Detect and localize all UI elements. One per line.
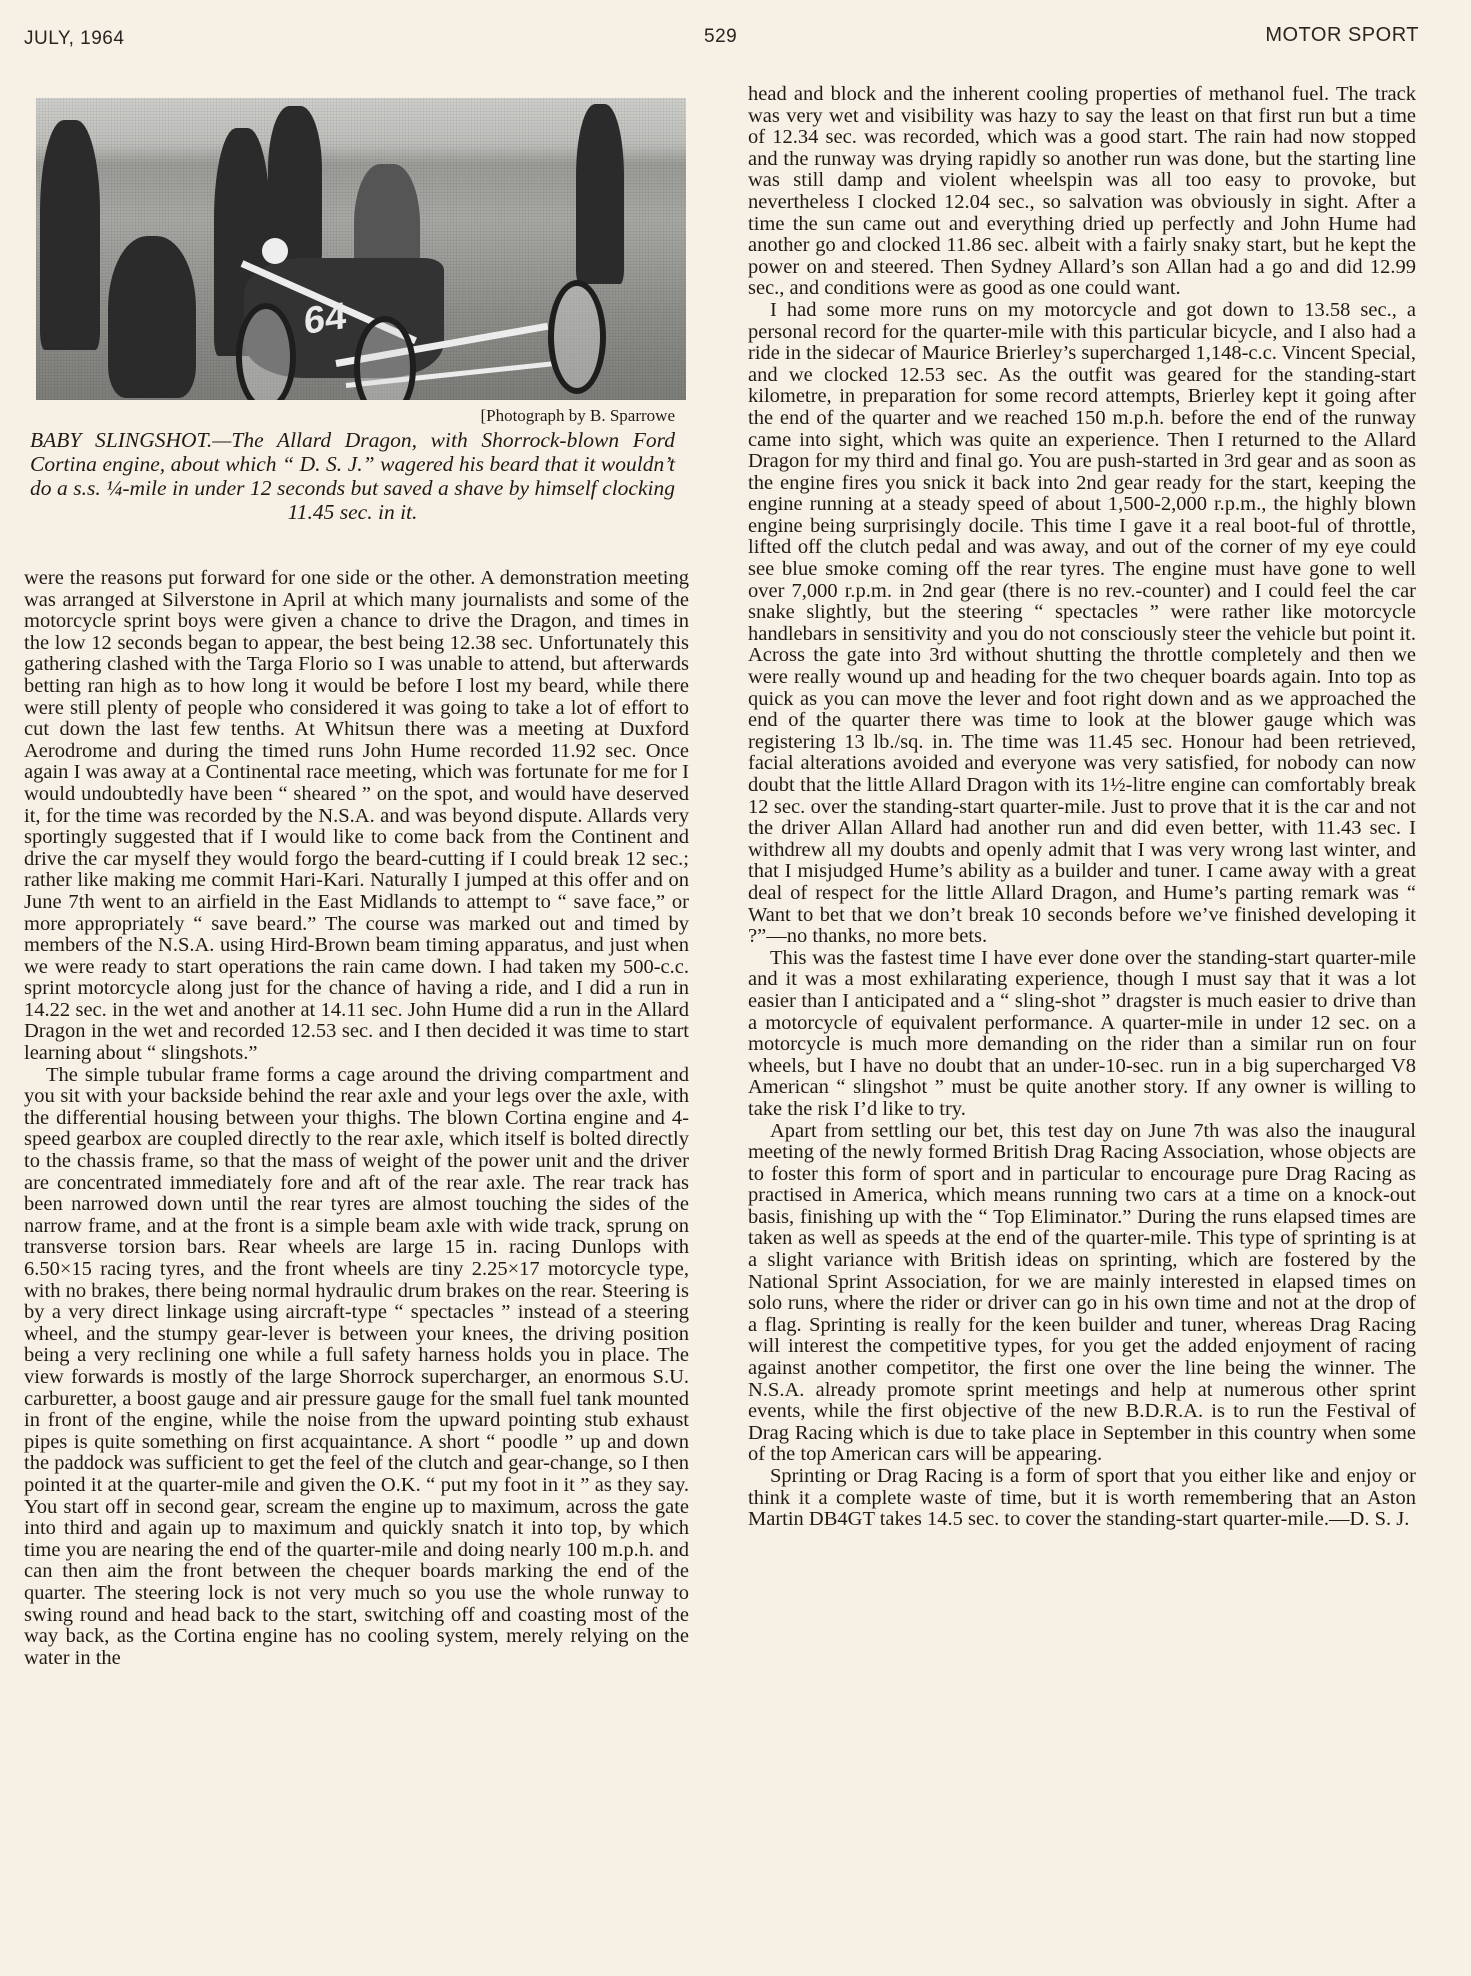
magazine-title: MOTOR SPORT <box>1265 24 1419 47</box>
page-number: 529 <box>704 26 737 48</box>
article-body-left: were the reasons put forward for one sid… <box>24 568 689 1669</box>
rear-wheel <box>236 303 296 400</box>
paragraph: Apart from settling our bet, this test d… <box>748 1121 1416 1467</box>
right-column: head and block and the inherent cooling … <box>748 84 1416 1531</box>
crouching-figure <box>108 236 196 398</box>
paragraph: I had some more runs on my motorcycle an… <box>748 300 1416 948</box>
driver-helmet-icon <box>262 238 288 264</box>
car-number: 64 <box>304 295 346 344</box>
paragraph: head and block and the inherent cooling … <box>748 84 1416 300</box>
photo-figure: 64 [Photograph by B. Sparrowe BABY SLING… <box>24 98 689 524</box>
onlooker-figure <box>40 120 100 350</box>
paragraph: This was the fastest time I have ever do… <box>748 948 1416 1121</box>
onlooker-figure <box>576 104 624 284</box>
paragraph: were the reasons put forward for one sid… <box>24 568 689 1065</box>
photo-credit: [Photograph by B. Sparrowe <box>24 406 689 426</box>
page-header: JULY, 1964 529 MOTOR SPORT <box>24 22 1419 52</box>
paragraph: The simple tubular frame forms a cage ar… <box>24 1065 689 1670</box>
dragster-photo: 64 <box>36 98 686 400</box>
front-wheel <box>548 280 606 394</box>
issue-date: JULY, 1964 <box>24 28 124 50</box>
photo-caption: BABY SLINGSHOT.—The Allard Dragon, with … <box>30 428 675 524</box>
left-column: 64 [Photograph by B. Sparrowe BABY SLING… <box>24 98 689 1669</box>
article-body-right: head and block and the inherent cooling … <box>748 84 1416 1531</box>
paragraph: Sprinting or Drag Racing is a form of sp… <box>748 1466 1416 1531</box>
